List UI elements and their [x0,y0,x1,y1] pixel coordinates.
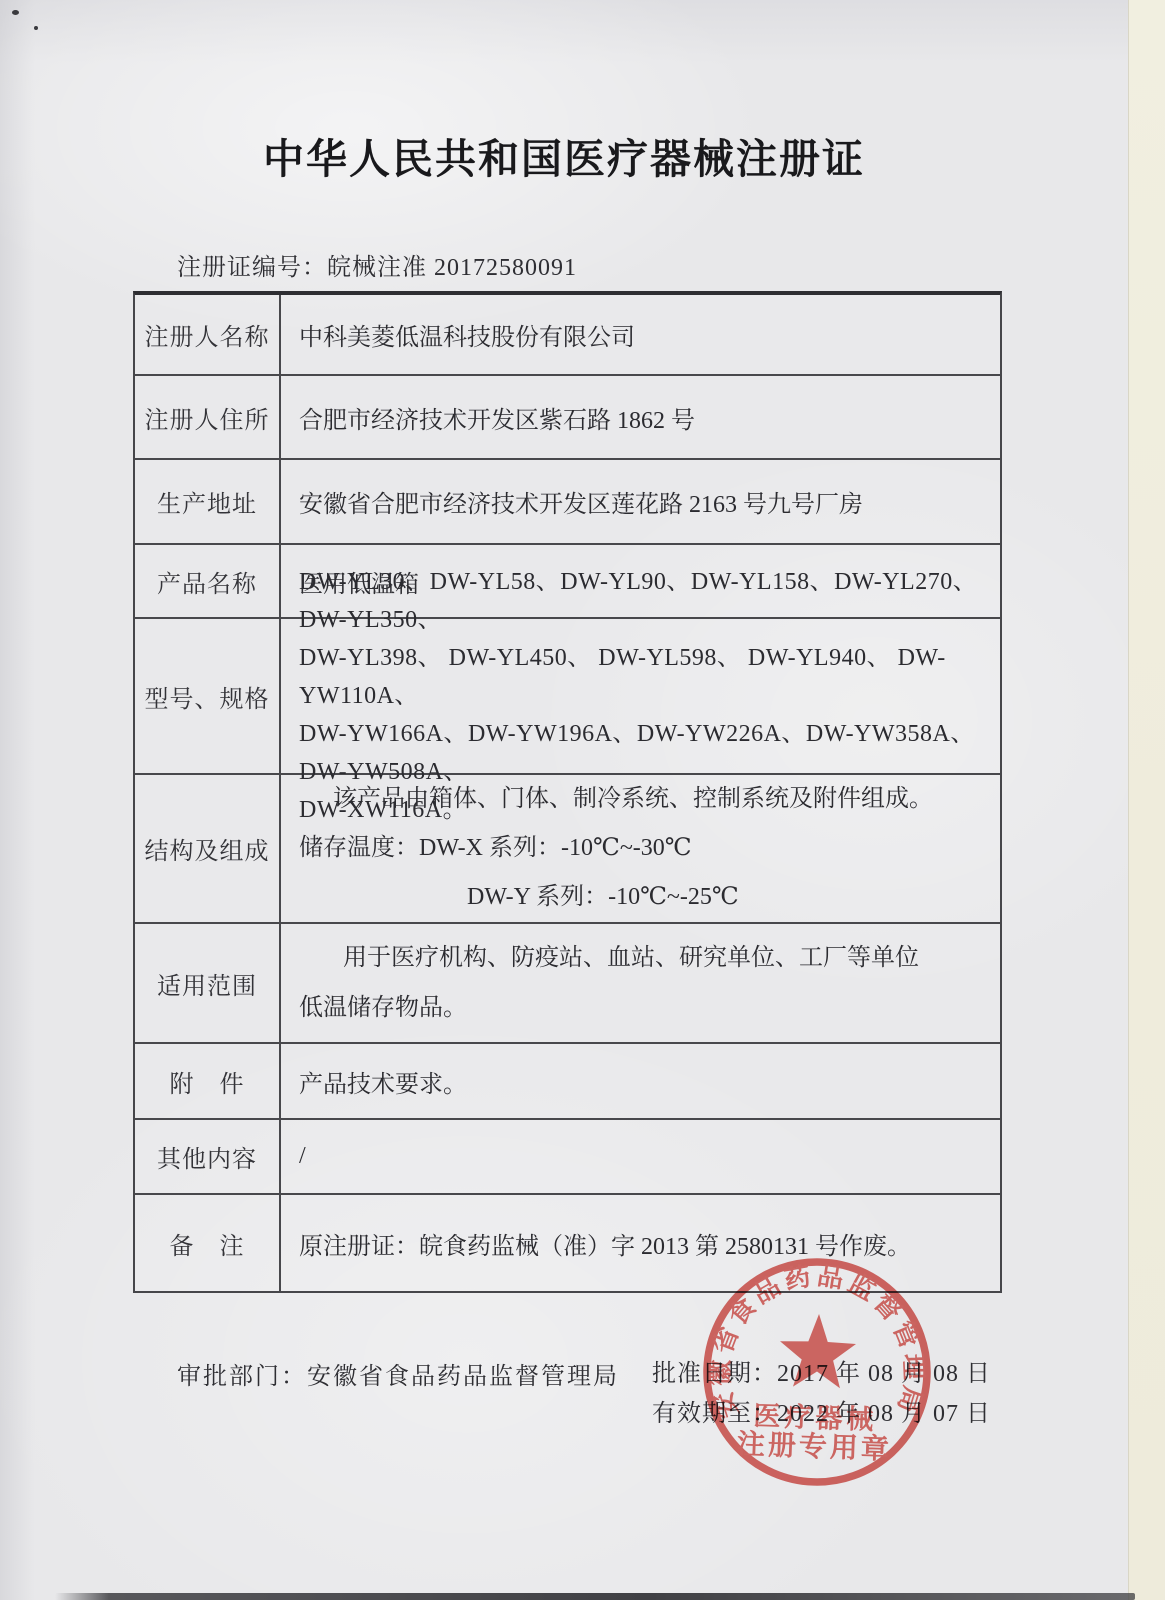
row-label: 备 注 [135,1195,281,1291]
scan-edge-strip [1128,0,1165,1600]
row-label: 型号、规格 [135,619,281,773]
cell-text: 该产品由箱体、门体、制冷系统、控制系统及附件组成。 [299,775,986,824]
cell-text: DW-YL30、DW-YL58、DW-YL90、DW-YL158、DW-YL27… [299,563,986,639]
cell-text: / [299,1143,986,1170]
row-value: 用于医疗机构、防疫站、血站、研究单位、工厂等单位 低温储存物品。 [281,924,1000,1042]
row-label: 注册人名称 [135,295,281,374]
official-seal-stamp: 安徽省食品药品监督管理局 医疗器械 注册专用章 [692,1247,942,1497]
row-label: 产品名称 [135,545,281,617]
seal-star-icon [778,1313,857,1389]
row-value: DW-YL30、DW-YL58、DW-YL90、DW-YL158、DW-YL27… [281,619,1000,773]
row-value: 安徽省合肥市经济技术开发区莲花路 2163 号九号厂房 [281,460,1000,543]
cell-text: DW-Y 系列：-10℃~-25℃ [467,873,986,922]
cell-text: 储存温度：DW-X 系列：-10℃~-30℃ [299,824,986,873]
row-label: 结构及组成 [135,775,281,922]
cell-text: 中科美菱低温科技股份有限公司 [299,317,986,352]
scan-speck [12,10,19,15]
row-label: 附 件 [135,1044,281,1118]
table-row-structure: 结构及组成 该产品由箱体、门体、制冷系统、控制系统及附件组成。 储存温度：DW-… [135,775,1000,924]
certificate-table: 注册人名称 中科美菱低温科技股份有限公司 注册人住所 合肥市经济技术开发区紫石路… [133,291,1002,1293]
table-row-registrant-name: 注册人名称 中科美菱低温科技股份有限公司 [135,295,1000,376]
cell-text: 安徽省合肥市经济技术开发区莲花路 2163 号九号厂房 [299,484,986,519]
cell-text: 用于医疗机构、防疫站、血站、研究单位、工厂等单位 [299,933,986,983]
row-label: 生产地址 [135,460,281,543]
row-label: 其他内容 [135,1120,281,1193]
approval-department-line: 审批部门：安徽省食品药品监督管理局 [177,1356,619,1391]
table-row-models: 型号、规格 DW-YL30、DW-YL58、DW-YL90、DW-YL158、D… [135,619,1000,775]
row-value: / [281,1120,1000,1193]
table-row-production-address: 生产地址 安徽省合肥市经济技术开发区莲花路 2163 号九号厂房 [135,460,1000,545]
row-value: 产品技术要求。 [281,1044,1000,1118]
cell-text: 低温储存物品。 [299,983,986,1033]
certificate-number-line: 注册证编号：皖械注准 20172580091 [177,247,577,282]
cell-text: 产品技术要求。 [299,1064,986,1099]
scan-bottom-shadow [55,1593,1135,1600]
cell-text: DW-YL398、 DW-YL450、 DW-YL598、 DW-YL940、 … [299,639,986,715]
row-label: 注册人住所 [135,376,281,458]
cell-text: 合肥市经济技术开发区紫石路 1862 号 [299,400,986,435]
document-title: 中华人民共和国医疗器械注册证 [0,126,1128,185]
seal-center-line2: 注册专用章 [736,1427,892,1464]
table-row-registrant-address: 注册人住所 合肥市经济技术开发区紫石路 1862 号 [135,376,1000,460]
scanned-certificate-page: { "page": { "title": "中华人民共和国医疗器械注册证", "… [0,0,1165,1600]
row-value: 合肥市经济技术开发区紫石路 1862 号 [281,376,1000,458]
row-value: 中科美菱低温科技股份有限公司 [281,295,1000,374]
row-label: 适用范围 [135,924,281,1042]
table-row-scope: 适用范围 用于医疗机构、防疫站、血站、研究单位、工厂等单位 低温储存物品。 [135,924,1000,1044]
table-row-other-content: 其他内容 / [135,1120,1000,1195]
scan-speck [34,26,38,30]
row-value: 该产品由箱体、门体、制冷系统、控制系统及附件组成。 储存温度：DW-X 系列：-… [281,775,1000,922]
table-row-attachment: 附 件 产品技术要求。 [135,1044,1000,1120]
